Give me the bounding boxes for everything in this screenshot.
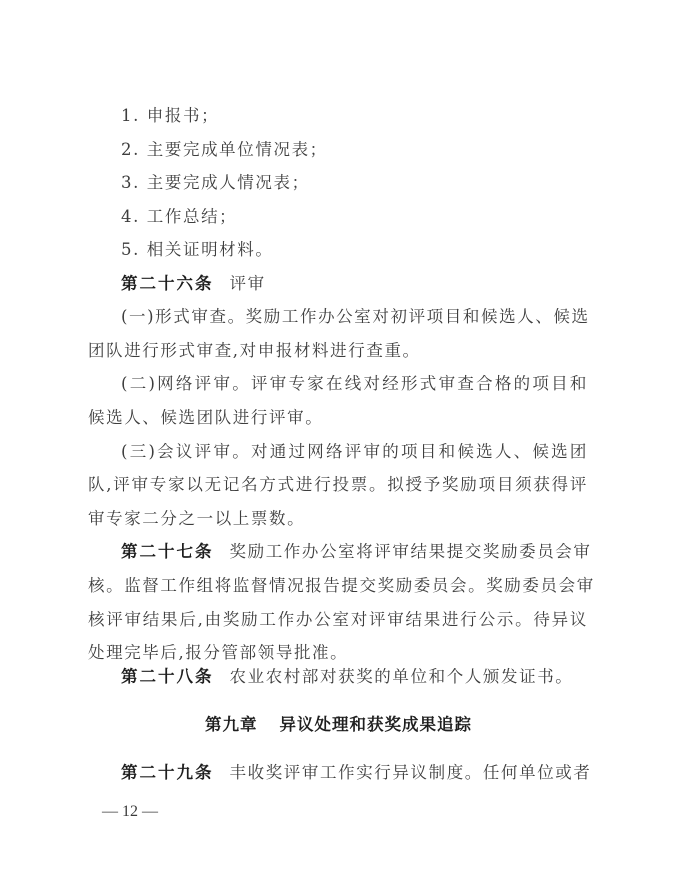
paragraph-text: 丰收奖评审工作实行异议制度。任何单位或者 <box>230 763 592 782</box>
article-28: 第二十八条农业农村部对获奖的单位和个人颁发证书。 <box>121 660 588 694</box>
list-item: 1. 申报书； <box>121 99 588 133</box>
article-title: 评审 <box>230 274 266 293</box>
list-item: 3. 主要完成人情况表； <box>121 166 588 200</box>
paragraph-line: 候选人、候选团队进行评审。 <box>88 401 588 435</box>
paragraph-line: 审专家二分之一以上票数。 <box>88 502 588 536</box>
chapter-heading: 第九章异议处理和获奖成果追踪 <box>0 708 677 742</box>
list-item: 2. 主要完成单位情况表； <box>121 133 588 167</box>
article-label: 第二十七条 <box>121 542 214 561</box>
list-item: 4. 工作总结； <box>121 200 588 234</box>
article-label: 第二十六条 <box>121 274 214 293</box>
paragraph-text: 农业农村部对获奖的单位和个人颁发证书。 <box>230 667 574 686</box>
paragraph-line: 核评审结果后,由奖励工作办公室对评审结果进行公示。待异议 <box>88 603 588 637</box>
article-27-first-line: 第二十七条奖励工作办公室将评审结果提交奖励委员会审 <box>121 535 588 569</box>
article-26-heading: 第二十六条评审 <box>121 267 588 301</box>
list-item: 5. 相关证明材料。 <box>121 233 588 267</box>
chapter-title: 异议处理和获奖成果追踪 <box>280 715 473 734</box>
paragraph-line: (一)形式审查。奖励工作办公室对初评项目和候选人、候选 <box>121 300 588 334</box>
paragraph-line: 队,评审专家以无记名方式进行投票。拟授予奖励项目须获得评 <box>88 468 588 502</box>
paragraph-line: (二)网络评审。评审专家在线对经形式审查合格的项目和 <box>121 367 588 401</box>
paragraph-line: (三)会议评审。对通过网络评审的项目和候选人、候选团 <box>121 435 588 469</box>
article-29: 第二十九条丰收奖评审工作实行异议制度。任何单位或者 <box>121 756 588 790</box>
paragraph-text: 奖励工作办公室将评审结果提交奖励委员会审 <box>230 542 592 561</box>
article-label: 第二十九条 <box>121 763 214 782</box>
page-number: — 12 — <box>102 800 158 824</box>
chapter-number: 第九章 <box>205 715 258 734</box>
article-label: 第二十八条 <box>121 667 214 686</box>
paragraph-line: 团队进行形式审查,对申报材料进行查重。 <box>88 334 588 368</box>
document-page: 1. 申报书； 2. 主要完成单位情况表； 3. 主要完成人情况表； 4. 工作… <box>0 0 677 892</box>
paragraph-line: 核。监督工作组将监督情况报告提交奖励委员会。奖励委员会审 <box>88 569 588 603</box>
